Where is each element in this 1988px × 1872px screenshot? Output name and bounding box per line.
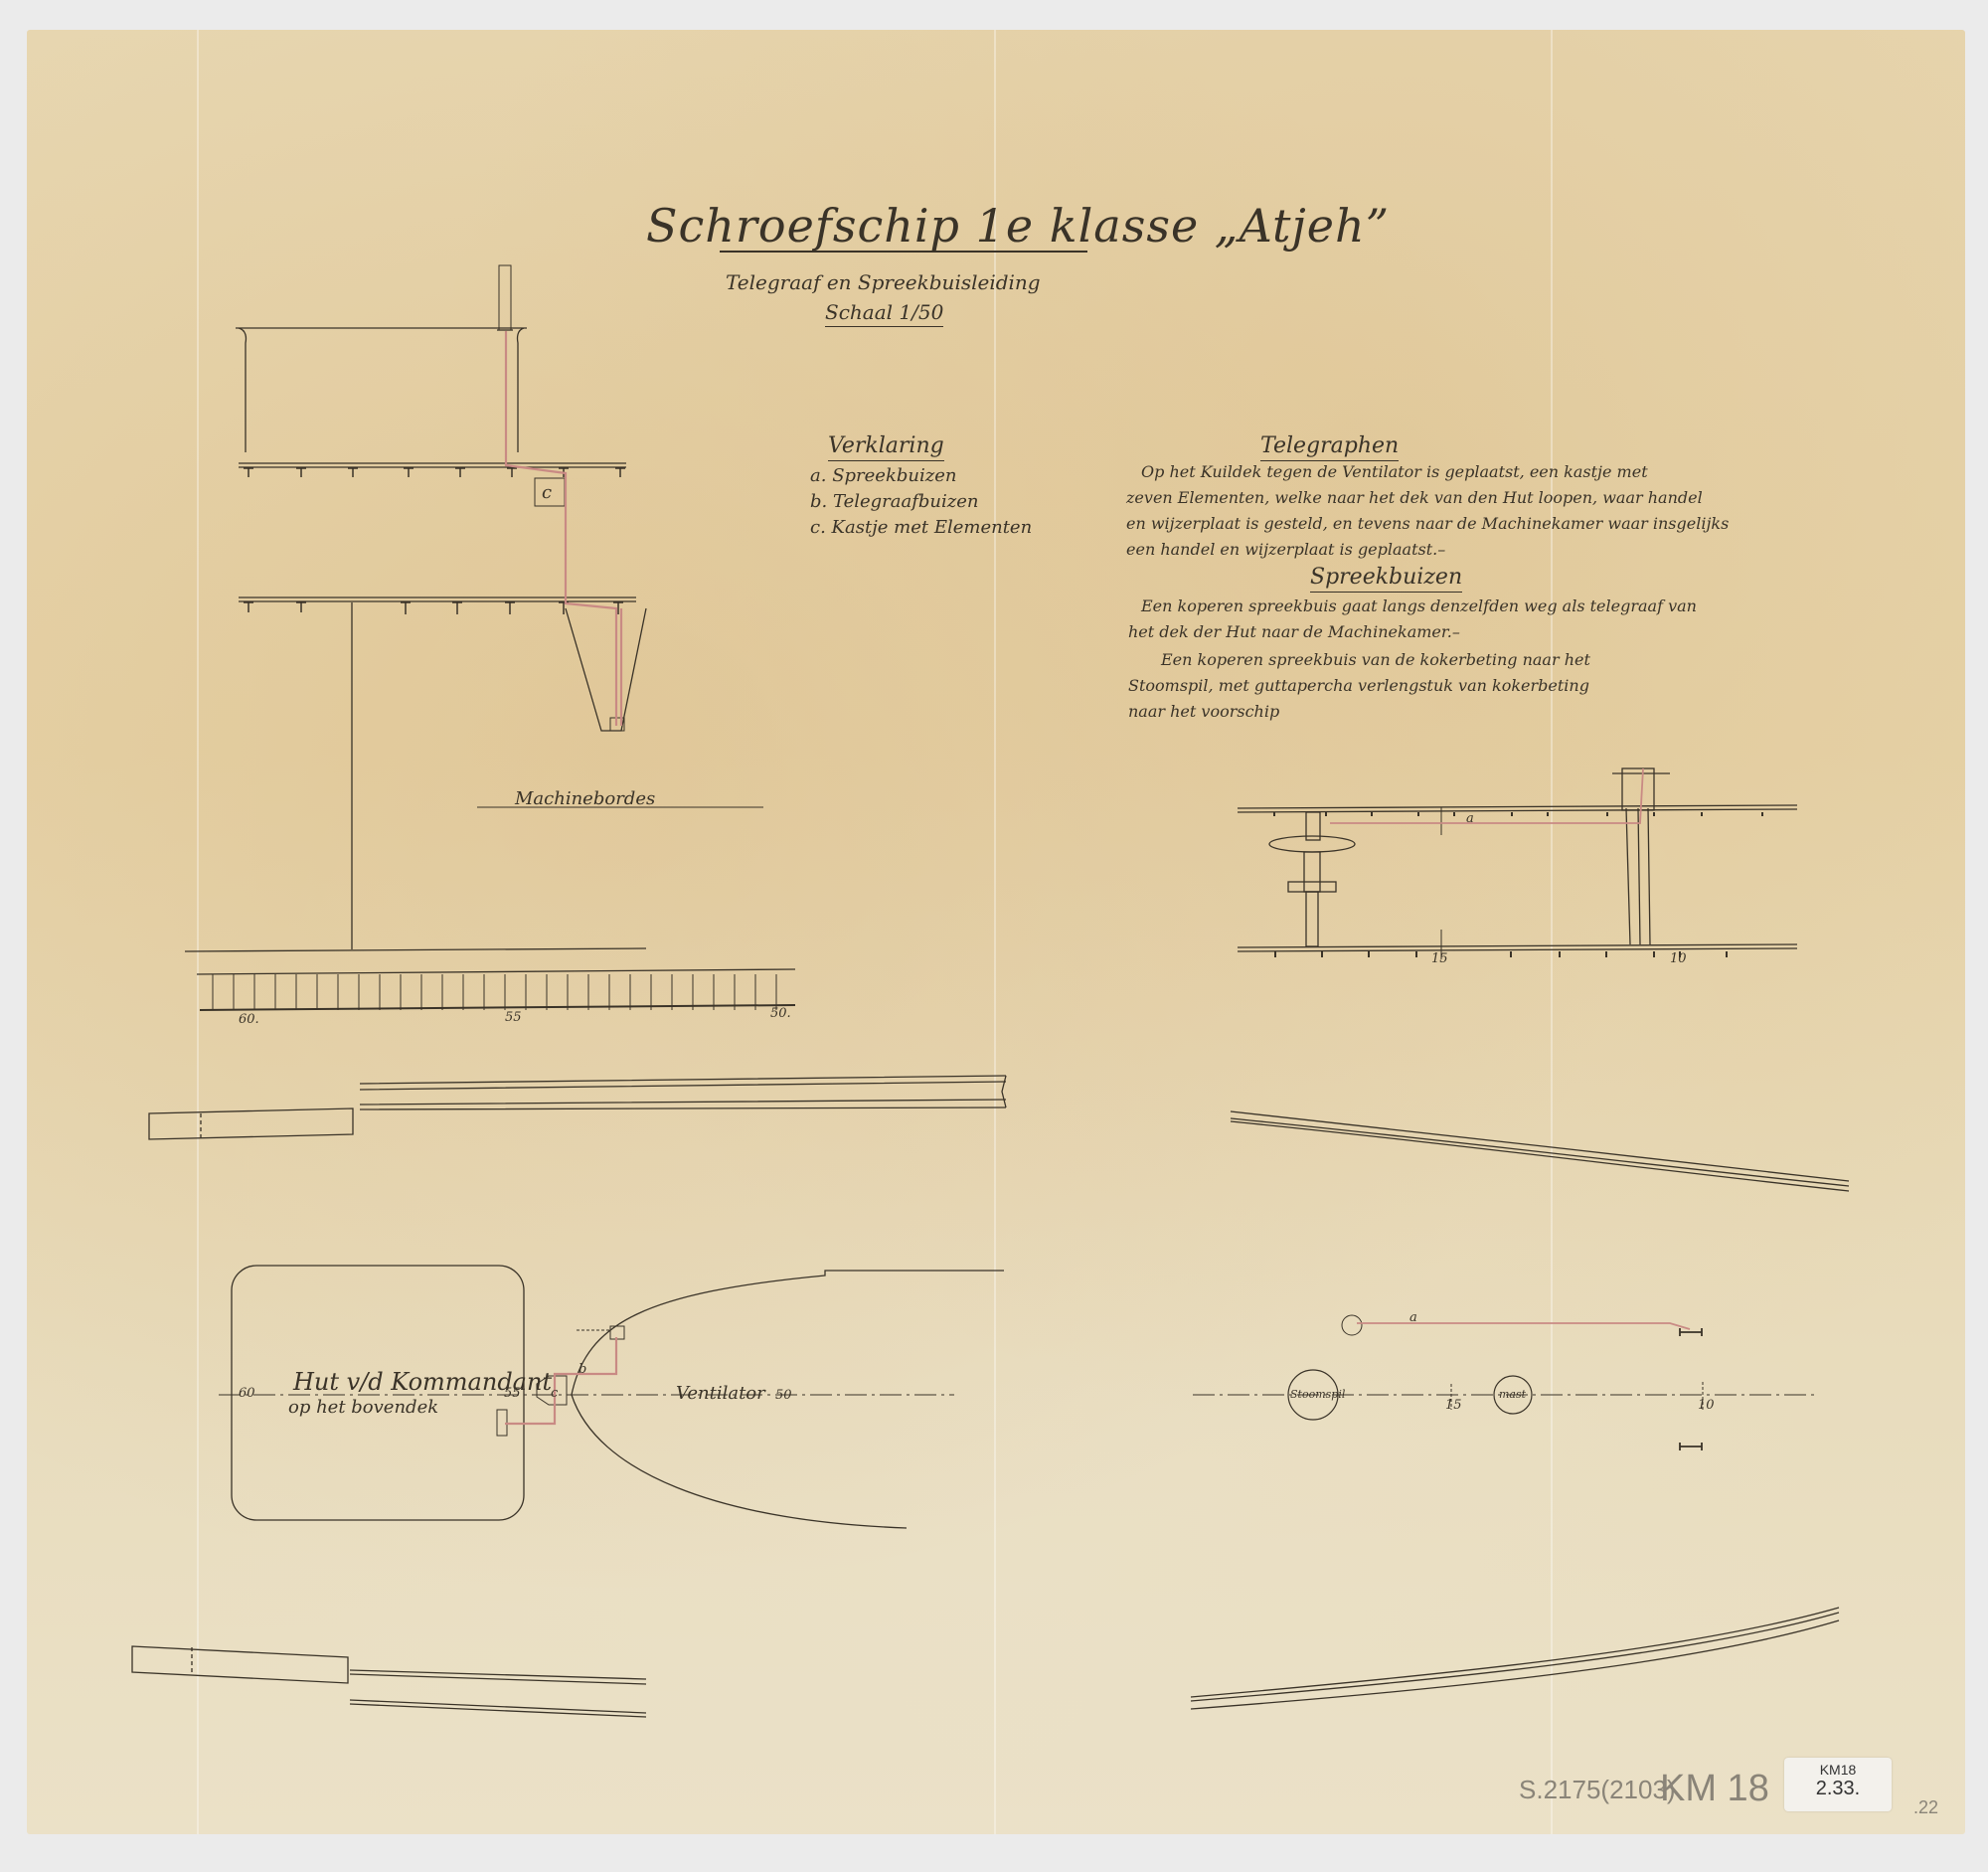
- plan-label-c: c: [551, 1386, 558, 1401]
- archive-sticker: KM18 2.33.: [1784, 1758, 1892, 1811]
- title-underline: [720, 251, 1087, 253]
- legend-item-c: c. Kastje met Elementen: [810, 517, 1032, 538]
- sticker-line2: 2.33.: [1784, 1778, 1892, 1800]
- note-line: zeven Elementen, welke naar het dek van …: [1126, 488, 1703, 507]
- pipe-label-a: a: [1466, 811, 1474, 826]
- legend-item-b: b. Telegraafbuizen: [810, 491, 979, 512]
- pencil-reference: S.2175(2103): [1519, 1775, 1676, 1805]
- legend-item-a: a. Spreekbuizen: [810, 465, 956, 486]
- pencil-km-number: KM 18: [1660, 1768, 1769, 1810]
- note-line: Stoomspil, met guttapercha verlengstuk v…: [1128, 676, 1589, 695]
- frame-label-50: 50.: [770, 1006, 791, 1021]
- scale-text: Schaal 1/50: [825, 300, 943, 327]
- label-bovendek: op het bovendek: [288, 1397, 438, 1418]
- frame-label-10: 10: [1670, 951, 1687, 966]
- section-view-left: [236, 265, 646, 949]
- frame-ruler-left: [185, 807, 795, 1010]
- corner-mark: .22: [1913, 1797, 1938, 1818]
- sheer-lines-upper: [149, 1076, 1849, 1191]
- plan-label-60: 60: [239, 1386, 255, 1401]
- legend-label: Spreekbuizen: [832, 465, 956, 486]
- plan-label-15: 15: [1445, 1398, 1462, 1413]
- note-line: en wijzerplaat is gesteld, en tevens naa…: [1126, 514, 1729, 533]
- legend-key: b.: [810, 491, 827, 512]
- note-line: het dek der Hut naar de Machinekamer.–: [1128, 622, 1460, 641]
- drawing-scale: Schaal 1/50: [825, 300, 943, 324]
- note-line: Een koperen spreekbuis gaat langs denzel…: [1141, 596, 1697, 615]
- plan-pipe-label-a: a: [1409, 1310, 1417, 1325]
- sheer-lines-lower: [132, 1608, 1839, 1717]
- plan-view: [219, 1266, 1819, 1528]
- section-view-right: [1238, 768, 1797, 959]
- legend-label: Telegraafbuizen: [833, 491, 979, 512]
- label-mast: mast: [1499, 1388, 1526, 1401]
- label-stoomspil: Stoomspil: [1290, 1388, 1345, 1401]
- label-machinebordes: Machinebordes: [515, 788, 655, 809]
- plan-label-10: 10: [1698, 1398, 1715, 1413]
- frame-label-15: 15: [1431, 951, 1448, 966]
- note-line: naar het voorschip: [1128, 702, 1279, 721]
- legend-key: a.: [810, 465, 826, 486]
- frame-label-55: 55: [505, 1010, 522, 1025]
- spreekbuizen-heading: Spreekbuizen: [1310, 565, 1462, 593]
- plan-label-b: b: [579, 1362, 586, 1377]
- telegraphen-heading: Telegraphen: [1260, 433, 1399, 461]
- legend-label: Kastje met Elementen: [832, 517, 1033, 538]
- label-ventilator: Ventilator: [676, 1383, 765, 1404]
- note-line: Een koperen spreekbuis van de kokerbetin…: [1161, 650, 1590, 669]
- legend-heading: Verklaring: [828, 433, 944, 461]
- sticker-line1: KM18: [1784, 1762, 1892, 1778]
- note-line: een handel en wijzerplaat is geplaatst.–: [1126, 540, 1445, 559]
- drawing-subtitle: Telegraaf en Spreekbuisleiding: [726, 270, 1041, 294]
- label-box-c: c: [542, 482, 552, 503]
- note-line: Op het Kuildek tegen de Ventilator is ge…: [1141, 462, 1648, 481]
- drawing-title: Schroefschip 1e klasse „Atjeh”: [646, 199, 1390, 253]
- plan-label-50: 50: [775, 1388, 792, 1403]
- frame-label-60: 60.: [239, 1012, 259, 1027]
- legend-key: c.: [810, 517, 826, 538]
- plan-label-55: 55: [504, 1386, 521, 1401]
